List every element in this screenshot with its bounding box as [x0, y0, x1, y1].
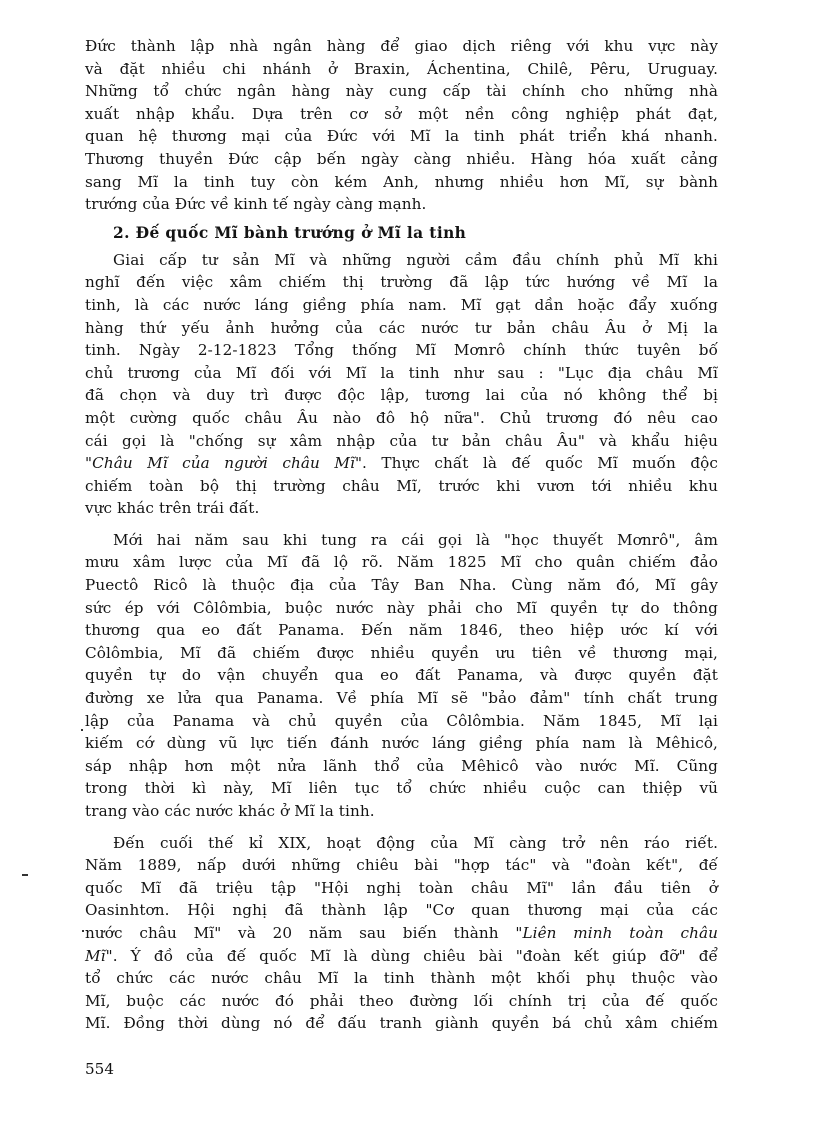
text-line: Mĩ. Đồng thời dùng nó để đấu tranh giành… [85, 1012, 718, 1035]
text-line-with-italic: "Châu Mĩ của người châu Mĩ". Thực chất l… [85, 452, 718, 475]
text-line: Năm 1889, nấp dưới những chiêu bài "hợp … [85, 854, 718, 877]
text-line: quốc Mĩ đã triệu tập "Hội nghị toàn châu… [85, 877, 718, 900]
text-line: Thương thuyền Đức cập bến ngày càng nhiề… [85, 148, 718, 171]
text-line: trang vào các nước khác ở Mĩ la tinh. [85, 800, 718, 823]
book-page-text: Đức thành lập nhà ngân hàng để giao dịch… [85, 35, 718, 1035]
text-line-with-italic: Mĩ". Ý đồ của đế quốc Mĩ là dùng chiêu b… [85, 945, 718, 968]
text-line: Đến cuối thế kỉ XIX, hoạt động của Mĩ cà… [85, 832, 718, 855]
text-line: Những tổ chức ngân hàng này cung cấp tài… [85, 80, 718, 103]
text-line: Đức thành lập nhà ngân hàng để giao dịch… [85, 35, 718, 58]
text-line: nghĩ đến việc xâm chiếm thị trường đã lậ… [85, 271, 718, 294]
italic-organization-name: Mĩ [85, 947, 106, 965]
italic-organization-name: Liên minh toàn châu [522, 924, 718, 942]
text-line: và đặt nhiều chi nhánh ở Braxin, Áchenti… [85, 58, 718, 81]
paragraph-expansion-panama: Mới hai năm sau khi tung ra cái gọi là "… [85, 529, 718, 823]
text-line: Puectô Ricô là thuộc địa của Tây Ban Nha… [85, 574, 718, 597]
page-number: 554 [85, 1058, 114, 1080]
text-line: quyền tự do vận chuyển qua eo đất Panama… [85, 664, 718, 687]
text-line: Mới hai năm sau khi tung ra cái gọi là "… [85, 529, 718, 552]
text-line: đường xe lửa qua Panama. Về phía Mĩ sẽ "… [85, 687, 718, 710]
text-line: Mĩ, buộc các nước đó phải theo đường lối… [85, 990, 718, 1013]
text-line: chiếm toàn bộ thị trường châu Mĩ, trước … [85, 475, 718, 498]
text-line: trong thời kì này, Mĩ liên tục tổ chức n… [85, 777, 718, 800]
scan-speck [22, 874, 28, 876]
text-line-with-italic: nước châu Mĩ" và 20 năm sau biến thành "… [85, 922, 718, 945]
text-line: tổ chức các nước châu Mĩ la tinh thành m… [85, 967, 718, 990]
text-line: sức ép với Côlômbia, buộc nước này phải … [85, 597, 718, 620]
scan-speck [82, 930, 84, 932]
section-heading: 2. Đế quốc Mĩ bành trướng ở Mĩ la tinh [85, 221, 718, 245]
text-fragment: ". Thực chất là đế quốc Mĩ muốn độc [355, 454, 718, 472]
text-line: Oasinhtơn. Hội nghị đã thành lập "Cơ qua… [85, 899, 718, 922]
text-line: mưu xâm lược của Mĩ đã lộ rõ. Năm 1825 M… [85, 551, 718, 574]
text-line: sang Mĩ la tinh tuy còn kém Anh, nhưng n… [85, 171, 718, 194]
text-line: cái gọi là "chống sự xâm nhập của tư bản… [85, 430, 718, 453]
text-line: chủ trương của Mĩ đối với Mĩ la tinh như… [85, 362, 718, 385]
text-line: đã chọn và duy trì được độc lập, tương l… [85, 384, 718, 407]
text-line: tinh. Ngày 2-12-1823 Tổng thống Mĩ Mơnrô… [85, 339, 718, 362]
text-line: sáp nhập hơn một nửa lãnh thổ của Mêhicô… [85, 755, 718, 778]
text-line: xuất nhập khẩu. Dựa trên cơ sở một nền c… [85, 103, 718, 126]
text-fragment: nước châu Mĩ" và 20 năm sau biến thành " [85, 924, 522, 942]
text-line: kiếm cớ dùng vũ lực tiến đánh nước láng … [85, 732, 718, 755]
text-line: một cường quốc châu Âu nào đô hộ nữa". C… [85, 407, 718, 430]
text-line: lập của Panama và chủ quyền của Côlômbia… [85, 710, 718, 733]
paragraph-germany-trade: Đức thành lập nhà ngân hàng để giao dịch… [85, 35, 718, 216]
text-line: Côlômbia, Mĩ đã chiếm được nhiều quyền ư… [85, 642, 718, 665]
text-line: quan hệ thương mại của Đức với Mĩ la tin… [85, 125, 718, 148]
text-line: Giai cấp tư sản Mĩ và những người cầm đầ… [85, 249, 718, 272]
text-fragment: ". Ý đồ của đế quốc Mĩ là dùng chiêu bài… [106, 947, 718, 965]
text-line: tinh, là các nước láng giềng phía nam. M… [85, 294, 718, 317]
text-line: thương qua eo đất Panama. Đến năm 1846, … [85, 619, 718, 642]
scan-speck [81, 729, 83, 731]
italic-slogan: Châu Mĩ của người châu Mĩ [92, 454, 355, 472]
text-line: hàng thứ yếu ảnh hưởng của các nước tư b… [85, 317, 718, 340]
text-line: trướng của Đức về kinh tế ngày càng mạnh… [85, 193, 718, 216]
paragraph-pan-american: Đến cuối thế kỉ XIX, hoạt động của Mĩ cà… [85, 832, 718, 1035]
text-line: vực khác trên trái đất. [85, 497, 718, 520]
paragraph-monroe-doctrine: Giai cấp tư sản Mĩ và những người cầm đầ… [85, 249, 718, 520]
